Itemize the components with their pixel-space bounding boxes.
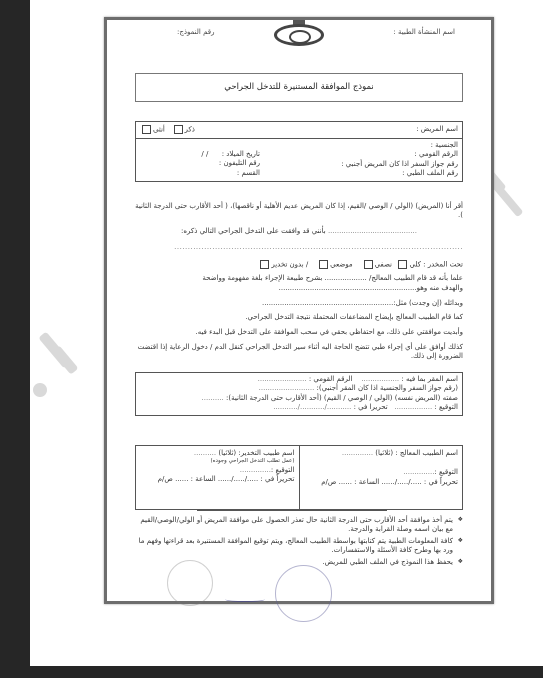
- medical-file-label: رقم الملف الطبي :: [341, 169, 458, 178]
- consenter-passport-field[interactable]: .........................: [259, 384, 315, 392]
- agreement-text: بأنني قد وافقت على التدخل الجراحي التالي…: [181, 227, 326, 235]
- consent-form: اسم المنشأة الطبية : رقم النموذج: نموذج …: [104, 17, 494, 604]
- physician-signature-label: التوقيع :: [434, 468, 458, 476]
- watermark-left-dot: [33, 383, 47, 397]
- consenter-signature-label: التوقيع :: [434, 403, 458, 411]
- agreement-line: ........................................…: [135, 227, 463, 236]
- physician-name-label: اسم الطبيب المعالج : (ثلاثيا): [375, 449, 458, 457]
- consenter-relation-field[interactable]: ..........: [202, 394, 224, 402]
- form-number-label: رقم النموذج:: [177, 28, 214, 37]
- phone-label: رقم التليفون :: [140, 159, 260, 168]
- consenter-box: اسم المقر بما فيه : ................. ال…: [135, 372, 463, 416]
- male-checkbox[interactable]: [174, 125, 183, 134]
- none-checkbox[interactable]: [260, 260, 269, 269]
- department-label: القسم :: [140, 169, 260, 178]
- anesthesia-row: تحت المخدر : كلي نصفي موضعي / بدون تخدير: [135, 260, 463, 270]
- patient-details: الجنسية : الرقم القومي : رقم جواز السفر …: [136, 139, 462, 181]
- dob-label: تاريخ الميلاد :: [222, 150, 260, 158]
- physician-date-label[interactable]: تحريراً في : ...../...../...... الساعة :…: [304, 478, 459, 487]
- local-checkbox[interactable]: [319, 260, 328, 269]
- patient-name-row: اسم المريض : ذكر أنثى: [136, 122, 462, 139]
- general-checkbox[interactable]: [398, 260, 407, 269]
- anesthetist-name-field[interactable]: ..........: [194, 449, 216, 457]
- document-page: اسم المنشأة الطبية : رقم النموذج: نموذج …: [30, 0, 543, 666]
- physician-name-field[interactable]: ..............: [342, 449, 373, 457]
- procedure-line[interactable]: ........................................…: [135, 243, 463, 252]
- form-title: نموذج الموافقة المستنيرة للتدخل الجراحي: [135, 73, 463, 102]
- consenter-passport-label: (رقم جواز السفر والجنسية اذا كان المقر أ…: [317, 384, 458, 392]
- stamp-icon: [275, 565, 332, 622]
- anesthesia-spinal-label: نصفي: [375, 261, 392, 269]
- divider: [197, 510, 387, 511]
- consenter-date-label: تحريرا في :: [354, 403, 388, 411]
- anesthetist-date-label[interactable]: تحريراً في : ...../...../...... الساعة :…: [140, 475, 295, 484]
- male-label: ذكر: [185, 126, 195, 134]
- explanation-line-2: والهدف منه وهو..........................…: [135, 284, 463, 293]
- consenter-relation-label: صفته (المريض نفسه) (الولي / الوصي / القي…: [226, 394, 458, 402]
- anesthetist-note: (عمل تطلب التدخل الجراحي وجوده): [140, 458, 295, 465]
- national-id-label: الرقم القومي :: [341, 150, 458, 159]
- complications-line: كما قام الطبيب المعالج بإيضاح المضاعفات …: [135, 313, 463, 322]
- signature-scribble: [225, 595, 265, 602]
- anesthesia-local-label: موضعي: [330, 261, 353, 269]
- ministry-logo: [274, 24, 324, 46]
- declaration: أقر أنا (المريض) (الولي / الوصي /القيم، …: [135, 202, 463, 221]
- nationality-label: الجنسية :: [341, 141, 458, 150]
- alternatives-line: وبدائله (إن وجدت) مثل:..................…: [135, 299, 463, 308]
- consenter-name-field[interactable]: .................: [361, 375, 399, 383]
- withdrawal-line: وأبديت موافقتي على ذلك، مع احتفاظي بحقي …: [135, 328, 463, 337]
- procedure-field[interactable]: ........................................: [328, 227, 417, 235]
- signatures-box: اسم الطبيب المعالج : (ثلاثيا) ..........…: [135, 445, 463, 510]
- consenter-id-field[interactable]: ......................: [258, 375, 307, 383]
- physician-section: اسم الطبيب المعالج : (ثلاثيا) ..........…: [300, 446, 463, 509]
- anesthesia-general-label: تحت المخدر : كلي: [409, 261, 463, 269]
- female-label: أنثى: [153, 126, 165, 134]
- form-title-text: نموذج الموافقة المستنيرة للتدخل الجراحي: [224, 82, 374, 93]
- spinal-checkbox[interactable]: [364, 260, 373, 269]
- stamp-icon: [167, 560, 213, 606]
- anesthetist-name-label: اسم طبيب التخدير: (ثلاثيا): [218, 449, 294, 457]
- passport-label: رقم جواز السفر اذا كان المريض أجنبي :: [341, 160, 458, 169]
- patient-info-box: اسم المريض : ذكر أنثى الجنسية : الرقم ال…: [135, 121, 463, 182]
- physician-signature-field[interactable]: ..............: [403, 468, 434, 476]
- facility-name-label: اسم المنشأة الطبية :: [393, 28, 455, 37]
- anesthetist-signature-field[interactable]: ..............: [240, 466, 271, 474]
- consenter-id-label: الرقم القومي :: [309, 375, 353, 383]
- patient-name-label: اسم المريض :: [416, 125, 458, 135]
- dob-value[interactable]: / /: [201, 150, 208, 158]
- note-item: يتم أخذ موافقة أحد الأقارب حتى الدرجة ال…: [135, 516, 463, 535]
- explanation-line-1: علما بأنه قد قام الطبيب المعالج/ .......…: [135, 274, 463, 283]
- anesthetist-signature-label: التوقيع :: [271, 466, 295, 474]
- female-checkbox[interactable]: [142, 125, 151, 134]
- consenter-date-field[interactable]: .........../.........../...........: [273, 403, 351, 411]
- note-item: كافة المعلومات الطبية يتم كتابتها بواسطة…: [135, 537, 463, 556]
- watermark-left-2: [52, 345, 79, 374]
- consenter-signature-field[interactable]: .................: [394, 403, 432, 411]
- anesthesia-none-label: / بدون تخدير: [271, 261, 308, 269]
- consenter-name-label: اسم المقر بما فيه :: [401, 375, 458, 383]
- additional-procedures: كذلك أوافق على أي إجراء طبي تتضح الحاجة …: [135, 343, 463, 362]
- anesthetist-section: اسم طبيب التخدير: (ثلاثيا) .......... (ع…: [136, 446, 300, 509]
